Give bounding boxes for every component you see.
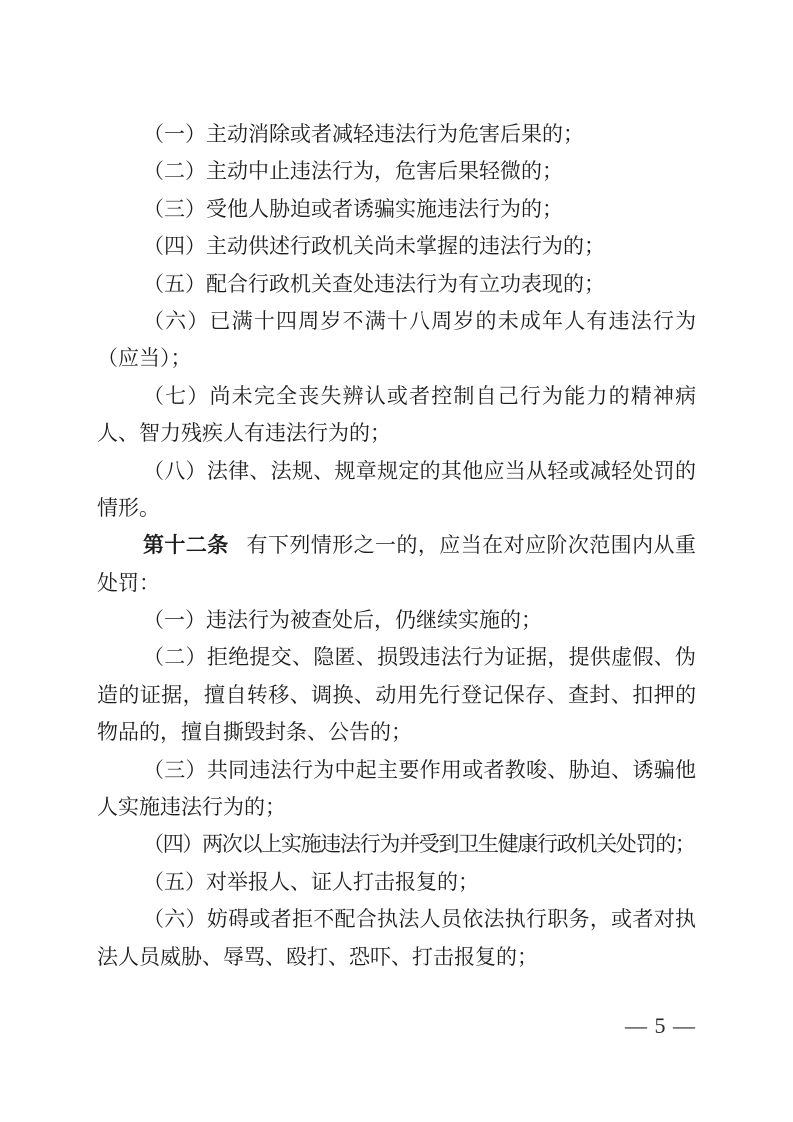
line-text: （四）主动供述行政机关尚未掌握的违法行为的； — [143, 234, 605, 258]
text-line: 造的证据，擅自转移、调换、动用先行登记保存、查封、扣押的 — [97, 677, 696, 714]
text-line: （二）拒绝提交、隐匿、损毁违法行为证据，提供虚假、伪 — [97, 639, 696, 676]
text-line: （七）尚未完全丧失辨认或者控制自己行为能力的精神病 — [97, 378, 696, 415]
text-line: （三）共同违法行为中起主要作用或者教唆、胁迫、诱骗他 — [97, 752, 696, 789]
text-line: （六）妨碍或者拒不配合执法人员依法执行职务，或者对执 — [97, 901, 696, 938]
text-line: 人实施违法行为的； — [97, 789, 696, 826]
line-text: （五）对举报人、证人打击报复的； — [143, 870, 479, 894]
line-text: （五）配合行政机关查处违法行为有立功表现的； — [143, 272, 605, 296]
line-text: 有下列情形之一的，应当在对应阶次范围内从重 — [247, 533, 697, 557]
line-text: （三）受他人胁迫或者诱骗实施违法行为的； — [143, 197, 563, 221]
text-line: （五）对举报人、证人打击报复的； — [97, 864, 696, 901]
line-text: 物品的，擅自撕毁封条、公告的； — [97, 720, 412, 744]
text-line: 处罚： — [97, 565, 696, 602]
text-line: 法人员威胁、辱骂、殴打、恐吓、打击报复的； — [97, 939, 696, 976]
page-number: — 5 — — [625, 1013, 696, 1039]
line-text: （六）妨碍或者拒不配合执法人员依法执行职务，或者对执 — [143, 907, 696, 931]
line-text: 人、智力残疾人有违法行为的； — [97, 421, 391, 445]
article-heading-line: 第十二条有下列情形之一的，应当在对应阶次范围内从重 — [97, 527, 696, 564]
text-line: （一）主动消除或者减轻违法行为危害后果的； — [97, 116, 696, 153]
text-line: （一）违法行为被查处后，仍继续实施的； — [97, 602, 696, 639]
text-line: （四）主动供述行政机关尚未掌握的违法行为的； — [97, 228, 696, 265]
line-text: 法人员威胁、辱骂、殴打、恐吓、打击报复的； — [97, 945, 538, 969]
document-page: （一）主动消除或者减轻违法行为危害后果的；（二）主动中止违法行为，危害后果轻微的… — [0, 0, 793, 1122]
text-line: （八）法律、法规、规章规定的其他应当从轻或减轻处罚的 — [97, 453, 696, 490]
line-text: （二）拒绝提交、隐匿、损毁违法行为证据，提供虚假、伪 — [143, 645, 696, 669]
text-line: （二）主动中止违法行为，危害后果轻微的； — [97, 153, 696, 190]
text-block: （一）主动消除或者减轻违法行为危害后果的；（二）主动中止违法行为，危害后果轻微的… — [97, 116, 696, 976]
text-line: 情形。 — [97, 490, 696, 527]
line-text: 情形。 — [97, 496, 160, 520]
line-text: （应当）； — [97, 346, 192, 370]
line-text: （八）法律、法规、规章规定的其他应当从轻或减轻处罚的 — [143, 459, 696, 483]
text-line: 物品的，擅自撕毁封条、公告的； — [97, 714, 696, 751]
article-number: 第十二条 — [143, 534, 229, 557]
text-line: （四）两次以上实施违法行为并受到卫生健康行政机关处罚的； — [97, 826, 696, 863]
line-text: （四）两次以上实施违法行为并受到卫生健康行政机关处罚的； — [143, 832, 695, 856]
text-line: （五）配合行政机关查处违法行为有立功表现的； — [97, 266, 696, 303]
text-line: （三）受他人胁迫或者诱骗实施违法行为的； — [97, 191, 696, 228]
line-text: 造的证据，擅自转移、调换、动用先行登记保存、查封、扣押的 — [97, 683, 696, 707]
line-text: （一）主动消除或者减轻违法行为危害后果的； — [143, 122, 584, 146]
text-line: （六）已满十四周岁不满十八周岁的未成年人有违法行为 — [97, 303, 696, 340]
line-text: （二）主动中止违法行为，危害后果轻微的； — [143, 159, 563, 183]
line-text: 人实施违法行为的； — [97, 795, 286, 819]
line-text: （六）已满十四周岁不满十八周岁的未成年人有违法行为 — [143, 309, 697, 333]
text-line: （应当）； — [97, 340, 696, 377]
line-text: （一）违法行为被查处后，仍继续实施的； — [143, 608, 542, 632]
line-text: 处罚： — [97, 571, 160, 595]
line-text: （七）尚未完全丧失辨认或者控制自己行为能力的精神病 — [143, 384, 697, 408]
text-line: 人、智力残疾人有违法行为的； — [97, 415, 696, 452]
line-text: （三）共同违法行为中起主要作用或者教唆、胁迫、诱骗他 — [143, 758, 696, 782]
